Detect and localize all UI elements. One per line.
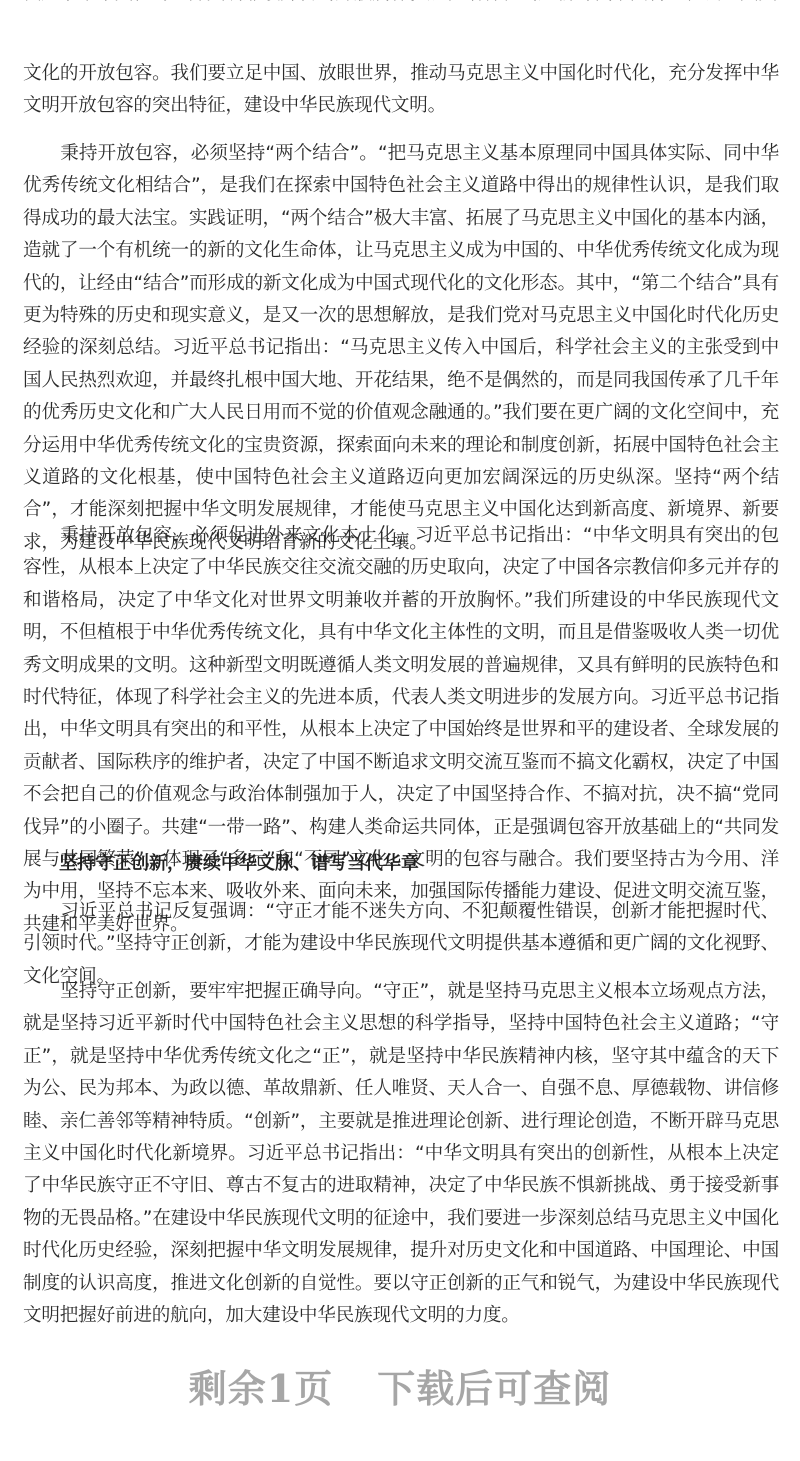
paragraph-open-inclusive-conclusion: 文化的开放包容。我们要立足中国、放眼世界，推动马克思主义中国化时代化，充分发挥中… [23, 58, 779, 123]
download-prompt-label: 下载后可查阅 [377, 1366, 611, 1411]
download-to-read-banner[interactable]: 剩余1页下载后可查阅 [0, 1358, 800, 1413]
remaining-pages-label: 剩余1页 [189, 1366, 333, 1411]
section-heading: 坚持守正创新，赓续中华文脉、谱写当代华章 [23, 848, 419, 880]
paragraph-correct-direction: 坚持守正创新，要牢牢把握正确导向。“守正”，就是坚持马克思主义根本立场观点方法，… [23, 976, 779, 1332]
paragraph-two-combinations: 秉持开放包容，必须坚持“两个结合”。“把马克思主义基本原理同中国具体实际、同中华… [23, 138, 779, 559]
clipped-top-line: 决定了中华文化对世界文明兼收并蓄的开放胸怀。加快培育和创造新时代中国特色社会主义… [23, 0, 779, 10]
